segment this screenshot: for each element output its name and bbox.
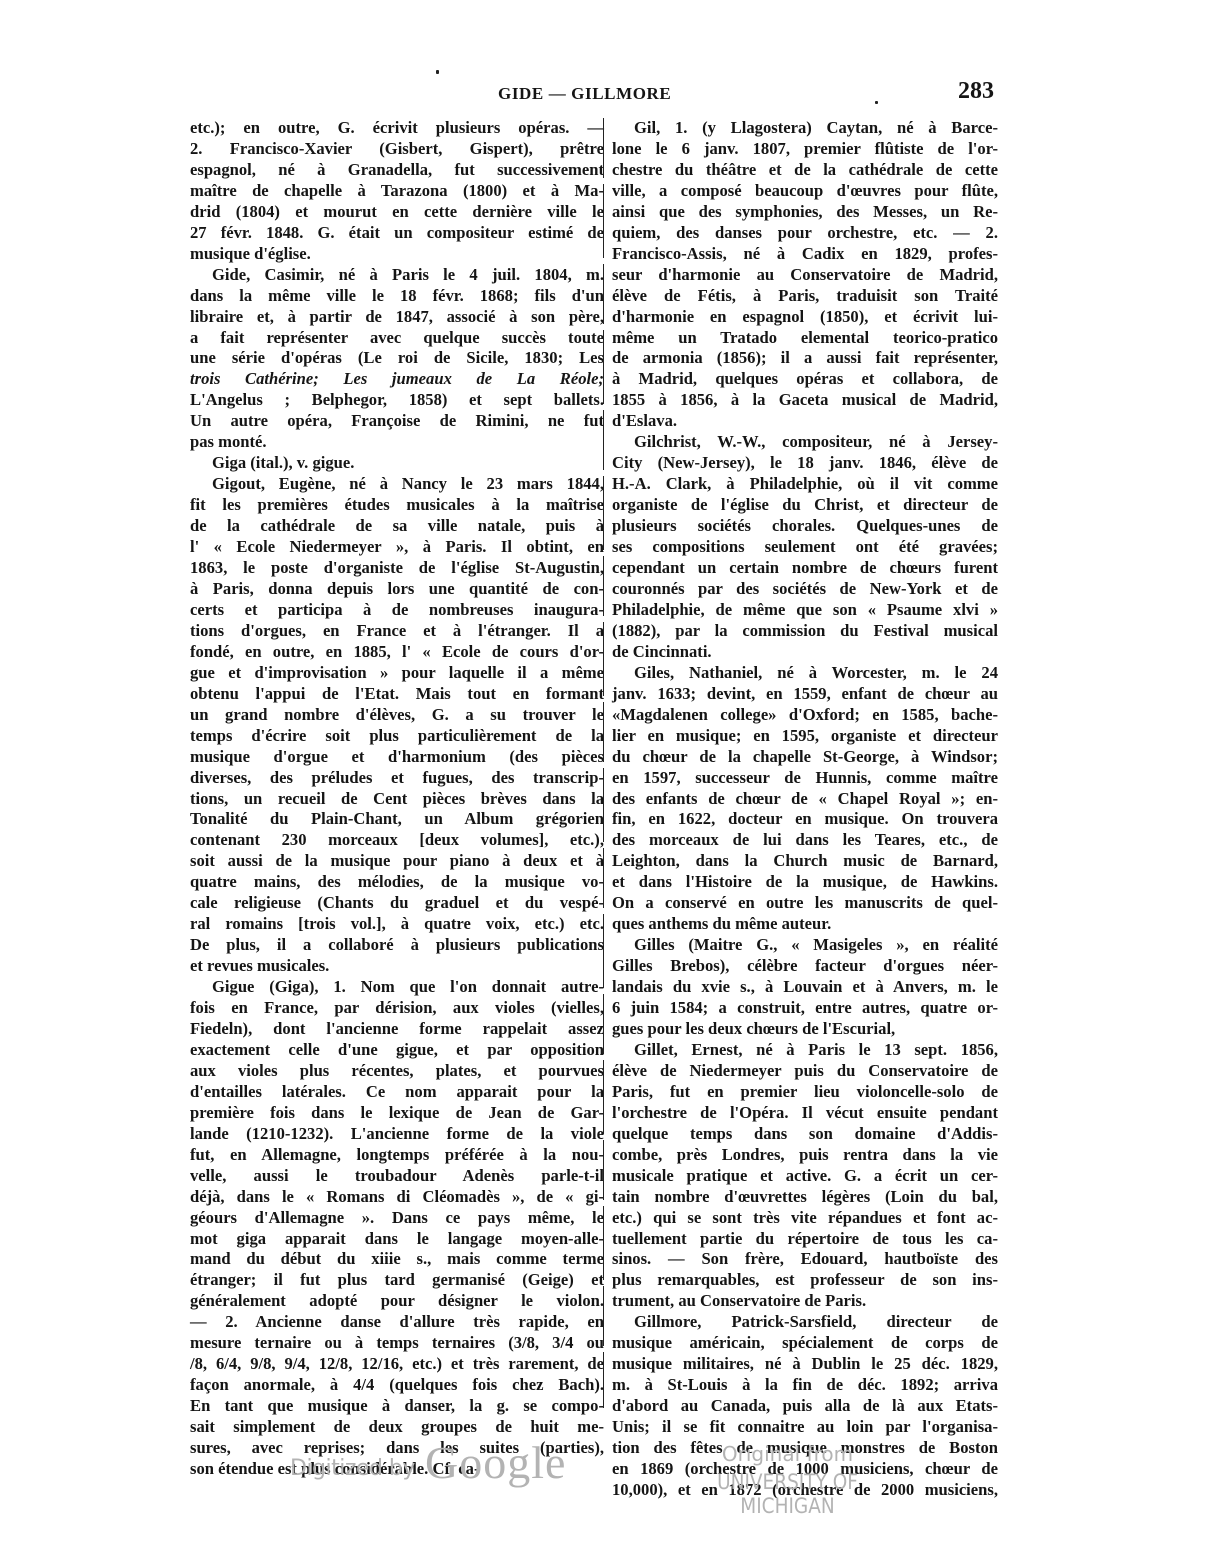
text-line: chestre du théâtre et de la cathédrale d… [612,160,998,181]
text-line: contenant 230 morceaux [deux volumes], e… [190,830,604,851]
text-line: gues pour les deux chœurs de l'Escurial, [612,1019,998,1040]
page-number: 283 [958,78,994,105]
text-line: cale religieuse (Chants du graduel et du… [190,893,604,914]
text-line: cependant un certain nombre de chœurs fu… [612,558,998,579]
left-column: etc.); en outre, G. écrivit plusieurs op… [190,118,604,1480]
text-line: à Madrid, quelques opéras et collabora, … [612,369,998,390]
text-line: de armonia (1856); il a aussi fait repré… [612,348,998,369]
text-line: seur d'harmonie au Conservatoire de Madr… [612,265,998,286]
entry-gilles: Gilles (Maitre G., « Masigeles », en réa… [612,935,998,956]
text-line: déjà, dans le « Romans di Cléomadès », d… [190,1187,604,1208]
text-line: de Cincinnati. [612,642,998,663]
text-line: diverses, des préludes et fugues, des tr… [190,768,604,789]
text-line: musique d'église. [190,244,604,265]
text-line: lande (1210-1232). L'ancienne forme de l… [190,1124,604,1145]
text-line: mand du début du xiiie s., mais comme te… [190,1249,604,1270]
text-line: une série d'opéras (Le roi de Sicile, 18… [190,348,604,369]
text-line: et dans l'Histoire de la musique, de Haw… [612,872,998,893]
text-line: des enfants de chœur de « Chapel Royal »… [612,789,998,810]
text-line: en 1597, successeur de Hunnis, comme maî… [612,768,998,789]
entry-gigue: Gigue (Giga), 1. Nom que l'on donnait au… [190,977,604,998]
text-line: fondé, en outre, en 1885, l' « Ecole de … [190,642,604,663]
digitized-by-label: Digitized by [290,1456,415,1481]
text-line: lone le 6 janv. 1807, premier flûtiste d… [612,139,998,160]
text-line: «Magdalenen college» d'Oxford; en 1585, … [612,705,998,726]
text-line: fin, en 1622, docteur en musique. On tro… [612,809,998,830]
text-line: On a conservé en outre les manuscrits de… [612,893,998,914]
text-line: tuellement partie du répertoire de tous … [612,1229,998,1250]
text-line: pas monté. [190,432,604,453]
page-header: GIDE — GILLMORE 283 [190,84,998,108]
text-line: H.-A. Clark, à Philadelphie, où il vit c… [612,474,998,495]
text-line: mot giga apparait dans le langage moyen-… [190,1229,604,1250]
text-line: fut, en Allemagne, longtemps préférée à … [190,1145,604,1166]
text-line: étranger; il fut plus tard germanisé (Ge… [190,1270,604,1291]
text-line: De plus, il a collaboré à plusieurs publ… [190,935,604,956]
text-line: plus remarquables, est professeur de son… [612,1270,998,1291]
text-line: (1882), par la commission du Festival mu… [612,621,998,642]
text-line: a fait représenter avec quelque succès t… [190,328,604,349]
text-line: exactement celle d'une gigue, et par opp… [190,1040,604,1061]
text-line: Gilles Brebos), célèbre facteur d'orgues… [612,956,998,977]
text-line: Tonalité du Plain-Chant, un Album grégor… [190,809,604,830]
text-line: ques anthems du même auteur. [612,914,998,935]
text-line: fit les premières études musicales à la … [190,495,604,516]
text-line: d'entailles latérales. Ce nom apparait p… [190,1082,604,1103]
text-line: géours d'Allemagne ». Dans ce pays même,… [190,1208,604,1229]
text-line: musicale pratique et active. G. a écrit … [612,1166,998,1187]
text-line: d'Eslava. [612,411,998,432]
entry-gillet: Gillet, Ernest, né à Paris le 13 sept. 1… [612,1040,998,1061]
text-line: même un Tratado elemental teorico-pratic… [612,328,998,349]
text-line: couronnés par des sociétés de New-York e… [612,579,998,600]
text-line: sait simplement de deux groupes de huit … [190,1417,604,1438]
institution-label: UNIVERSITY OF MICHIGAN [675,1470,899,1518]
text-line: généralement adopté pour désigner le vio… [190,1291,604,1312]
entry-giga: Giga (ital.), v. gigue. [190,453,604,474]
text-line: d'harmonie en espagnol (1850), et écrivi… [612,307,998,328]
text-line: City (New-Jersey), le 18 janv. 1846, élè… [612,453,998,474]
text-line: maître de chapelle à Tarazona (1800) et … [190,181,604,202]
text-line: du chœur de la chapelle St-George, à Win… [612,747,998,768]
text-line: tain nombre d'œuvrettes légères (Loin du… [612,1187,998,1208]
text-line: L'Angelus ; Belphegor, 1858) et sept bal… [190,390,604,411]
text-line: ainsi que des symphonies, des Messes, un… [612,202,998,223]
text-line: gue et d'improvisation » pour laquelle i… [190,663,604,684]
text-line: /8, 6/4, 9/8, 9/4, 12/8, 12/16, etc.) et… [190,1354,604,1375]
text-line: quiem, des danses pour orchestre, etc. —… [612,223,998,244]
original-from-label: Original from [660,1442,915,1466]
text-line: d'abord au Canada, puis alla de là aux E… [612,1396,998,1417]
text-line: libraire et, à partir de 1847, associé à… [190,307,604,328]
text-line: landais du xvie s., à Louvain et à Anver… [612,977,998,998]
google-logo: Google [425,1436,566,1489]
text-line: l'orchestre de l'Opéra. Il vécut ensuite… [612,1103,998,1124]
text-line: janv. 1633; devint, en 1559, enfant de c… [612,684,998,705]
text-line: quelque temps dans son domaine d'Addis- [612,1124,998,1145]
text-line: de la cathédrale de sa ville natale, pui… [190,516,604,537]
text-line: plusieurs sociétés chorales. Quelques-un… [612,516,998,537]
text-line: En tant que musique à danser, la g. se c… [190,1396,604,1417]
digitization-watermark: Digitized by Google Original from UNIVER… [0,1436,1207,1506]
entry-gilchrist: Gilchrist, W.-W., compositeur, né à Jers… [612,432,998,453]
entry-gigout: Gigout, Eugène, né à Nancy le 23 mars 18… [190,474,604,495]
scanned-page: GIDE — GILLMORE 283 etc.); en outre, G. … [0,0,1207,1562]
text-line: Paris, fut en premier lieu violoncelle-s… [612,1082,998,1103]
text-line: m. à St-Louis à la fin de déc. 1892; arr… [612,1375,998,1396]
text-line: Fiedeln), dont l'ancienne forme rappelai… [190,1019,604,1040]
text-line: drid (1804) et mourut en cette dernière … [190,202,604,223]
right-column: Gil, 1. (y Llagostera) Caytan, né à Barc… [612,118,998,1501]
text-line: musique américain, spécialement de corps… [612,1333,998,1354]
text-line: ral romains [trois vol.], à quatre voix,… [190,914,604,935]
text-line: Unis; il se fit connaitre au loin par l'… [612,1417,998,1438]
text-line: sinos. — Son frère, Edouard, hautboïste … [612,1249,998,1270]
text-line: obtenu l'appui de l'Etat. Mais tout en f… [190,684,604,705]
text-line: lier en musique; en 1595, organiste et d… [612,726,998,747]
text-line: façon anormale, à 4/4 (quelques fois che… [190,1375,604,1396]
text-line: l' « Ecole Niedermeyer », à Paris. Il ob… [190,537,604,558]
text-line: élève de Fétis, à Paris, traduisit son T… [612,286,998,307]
text-line: espagnol, né à Granadella, fut successiv… [190,160,604,181]
text-line: certs et participa à de nombreuses inaug… [190,600,604,621]
text-line: Francisco-Assis, né à Cadix en 1829, pro… [612,244,998,265]
text-line: et revues musicales. [190,956,604,977]
text-line: trument, au Conservatoire de Paris. [612,1291,998,1312]
text-line: aux violes plus récentes, plates, et pou… [190,1061,604,1082]
entry-gillmore: Gillmore, Patrick-Sarsfield, directeur d… [612,1312,998,1333]
text-line: 27 févr. 1848. G. était un compositeur e… [190,223,604,244]
text-line: 6 juin 1584; a construit, entre autres, … [612,998,998,1019]
text-line: un grand nombre d'élèves, G. a su trouve… [190,705,604,726]
column-divider [603,118,604,1408]
text-line: Philadelphie, de même que son « Psaume x… [612,600,998,621]
entry-gide: Gide, Casimir, né à Paris le 4 juil. 180… [190,265,604,286]
text-line: etc.) qui se sont très vite répandues et… [612,1208,998,1229]
scan-speck [436,70,439,74]
text-line: ville, a composé beaucoup d'œuvres pour … [612,181,998,202]
text-line: musique d'orgue et d'harmonium (des pièc… [190,747,604,768]
entry-giles: Giles, Nathaniel, né à Worcester, m. le … [612,663,998,684]
running-head: GIDE — GILLMORE [498,84,671,104]
text-line: soit aussi de la musique pour piano à de… [190,851,604,872]
text-line: organiste de l'église du Christ, et dire… [612,495,998,516]
text-line: musique militaires, né à Dublin le 25 dé… [612,1354,998,1375]
text-line: Leighton, dans la Church music de Barnar… [612,851,998,872]
text-line: combe, près Londres, puis rentra dans la… [612,1145,998,1166]
text-line: quatre mains, des mélodies, de la musiqu… [190,872,604,893]
text-line: tions, un recueil de Cent pièces brèves … [190,789,604,810]
text-line: 2. Francisco-Xavier (Gisbert, Gispert), … [190,139,604,160]
text-line: première fois dans le lexique de Jean de… [190,1103,604,1124]
text-line: tions d'orgues, en France et à l'étrange… [190,621,604,642]
text-line: temps d'écrire soit plus particulièremen… [190,726,604,747]
text-line: mesure ternaire ou à temps ternaires (3/… [190,1333,604,1354]
text-line: des morceaux de lui dans les Teares, etc… [612,830,998,851]
text-line: — 2. Ancienne danse d'allure très rapide… [190,1312,604,1333]
text-line: trois Cathérine; Les jumeaux de La Réole… [190,369,604,390]
text-line: élève de Niedermeyer puis du Conservatoi… [612,1061,998,1082]
text-line: etc.); en outre, G. écrivit plusieurs op… [190,118,604,139]
text-line: 1863, le poste d'organiste de l'église S… [190,558,604,579]
text-line: ses compositions seulement ont été gravé… [612,537,998,558]
text-line: Un autre opéra, Françoise de Rimini, ne … [190,411,604,432]
entry-gil: Gil, 1. (y Llagostera) Caytan, né à Barc… [612,118,998,139]
text-line: dans la même ville le 18 févr. 1868; fil… [190,286,604,307]
text-line: à Paris, donna depuis lors une quantité … [190,579,604,600]
text-line: 1855 à 1856, à la Gaceta musical de Madr… [612,390,998,411]
text-line: velle, aussi le troubadour Adenès parle-… [190,1166,604,1187]
text-line: fois en France, par dérision, aux violes… [190,998,604,1019]
